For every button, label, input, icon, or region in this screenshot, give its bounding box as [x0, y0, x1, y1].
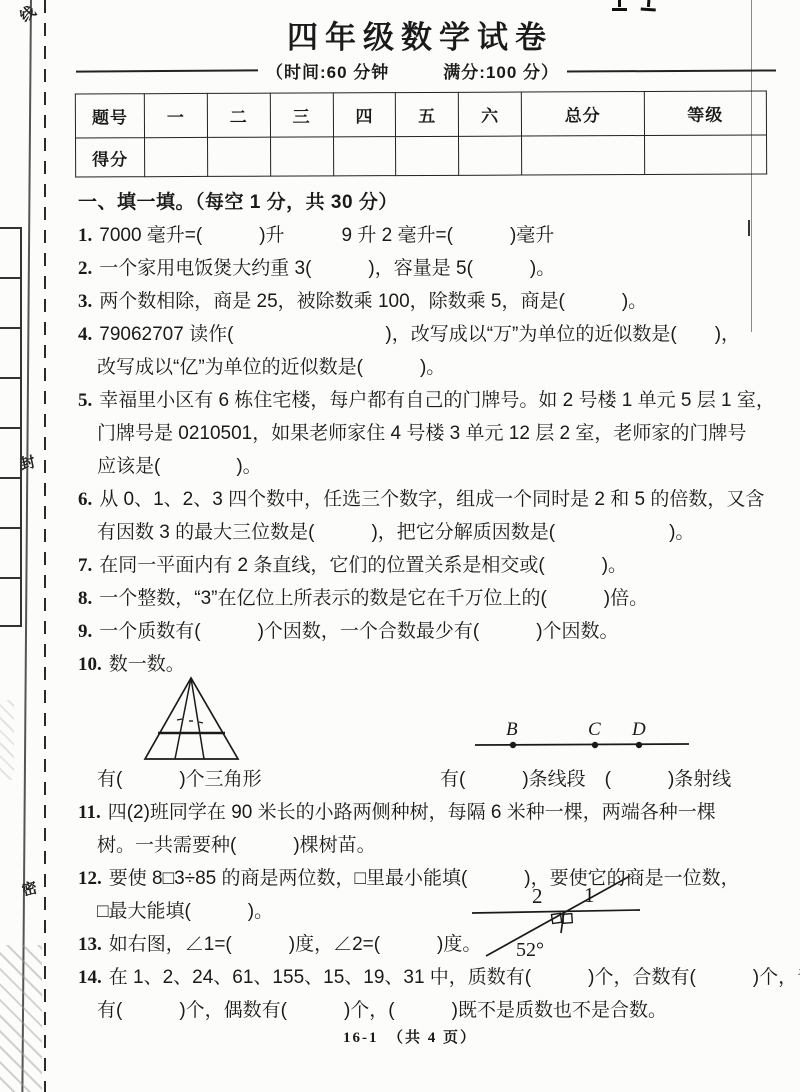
question-5: 5.幸福里小区有 6 栋住宅楼，每户都有自己的门牌号。如 2 号楼 1 单元 5…: [78, 384, 768, 417]
triangle-answer-blank: 有( )个三角形: [97, 769, 262, 790]
score-table-cell: 二: [207, 93, 270, 137]
score-table-cell: 五: [396, 92, 459, 136]
scan-artifact: [0, 945, 42, 1092]
question-text: 数一数。: [109, 654, 185, 675]
question-number: 11.: [78, 802, 101, 823]
score-table-cell: 总分: [521, 92, 644, 137]
question-9: 9.一个质数有( )个因数，一个合数最少有( )个因数。: [78, 615, 768, 648]
question-number: 10.: [78, 654, 102, 675]
question-number: 4.: [78, 324, 92, 345]
question-13: 13.如右图，∠1=( )度，∠2=( )度。: [78, 928, 768, 961]
question-6: 6.从 0、1、2、3 四个数中，任选三个数字，组成一个同时是 2 和 5 的倍…: [78, 483, 768, 516]
question-10-figures: B C D: [78, 681, 768, 763]
question-number: 1.: [78, 225, 92, 246]
question-5-line-2: 门牌号是 0210501，如果老师家住 4 号楼 3 单元 12 层 2 室，老…: [78, 417, 768, 450]
score-table-header-row: 题号 一 二 三 四 五 六 总分 等级: [75, 91, 766, 138]
score-table-cell: 四: [333, 93, 396, 137]
score-input-cell: [270, 137, 333, 176]
section-heading: 一、填一填。（每空 1 分，共 30 分）: [78, 186, 768, 219]
question-text: 79062707 读作( )，改写成以“万”为单位的近似数是( )，: [99, 324, 740, 345]
question-7: 7.在同一平面内有 2 条直线，它们的位置关系是相交或( )。: [78, 549, 768, 582]
score-input-cell: [644, 135, 767, 175]
triangle-figure: [133, 675, 251, 763]
question-number: 7.: [78, 555, 92, 576]
question-text: 如右图，∠1=( )度，∠2=( )度。: [109, 934, 482, 955]
score-input-cell: [396, 136, 459, 175]
score-table-cell: 题号: [75, 94, 144, 138]
segment-figure: B C D: [473, 695, 693, 757]
point-label-b: B: [506, 719, 518, 740]
question-text: 四(2)班同学在 90 米长的小路两侧种树，每隔 6 米种一棵，两端各种一棵: [108, 802, 716, 823]
question-list: 一、填一填。（每空 1 分，共 30 分） 1.7000 毫升=( )升 9 升…: [78, 186, 768, 1027]
question-11-line-2: 树。一共需要种( )棵树苗。: [78, 829, 768, 862]
question-text: 在同一平面内有 2 条直线，它们的位置关系是相交或( )。: [99, 555, 627, 576]
page-title: 四年级数学试卷: [0, 12, 800, 57]
question-number: 3.: [78, 291, 92, 312]
question-text: 一个家用电饭煲大约重 3( )，容量是 5( )。: [99, 258, 555, 279]
question-number: 13.: [78, 934, 102, 955]
score-table-cell: 等级: [644, 91, 767, 136]
question-text: 两个数相除，商是 25，被除数乘 100，除数乘 5，商是( )。: [99, 291, 647, 312]
score-table-cell: 一: [144, 93, 207, 137]
subtitle-row: （时间:60 分钟 满分:100 分）: [76, 58, 776, 83]
question-12: 12.要使 8□3÷85 的商是两位数，□里最小能填( )，要使它的商是一位数，: [78, 862, 768, 895]
question-number: 6.: [78, 489, 92, 510]
subtitle-rule-right: [567, 69, 776, 72]
seal-solid-line: [21, 0, 32, 1092]
point-label-d: D: [631, 719, 646, 740]
angle-52-label: 52°: [516, 939, 544, 961]
score-input-cell: [333, 137, 396, 176]
question-4-line-2: 改写成以“亿”为单位的近似数是( )。: [78, 351, 768, 384]
score-input-cell: [145, 137, 208, 176]
question-14: 14.在 1、2、24、61、155、15、19、31 中，质数有( )个，合数…: [78, 961, 768, 994]
question-text: 7000 毫升=( )升 9 升 2 毫升=( )毫升: [99, 225, 554, 246]
angle-1-label: 1: [584, 883, 595, 907]
question-text: 在 1、2、24、61、155、15、19、31 中，质数有( )个，合数有( …: [109, 967, 800, 988]
question-number: 5.: [78, 390, 92, 411]
exam-page: 线 封 密 四年级数学试卷 （时间:60 分钟 满分:100 分） 题号 一 二…: [0, 0, 800, 1092]
question-number: 9.: [78, 621, 92, 642]
page-footer: 16-1 （共 4 页）: [0, 1026, 800, 1047]
question-12-line-2: □最大能填( )。: [78, 895, 768, 928]
score-label-cell: 得分: [76, 138, 145, 177]
score-input-cell: [207, 137, 270, 176]
question-text: 幸福里小区有 6 栋住宅楼，每户都有自己的门牌号。如 2 号楼 1 单元 5 层…: [99, 390, 775, 411]
question-3: 3.两个数相除，商是 25，被除数乘 100，除数乘 5，商是( )。: [78, 285, 768, 318]
score-input-cell: [459, 136, 522, 175]
question-number: 14.: [78, 967, 102, 988]
question-8: 8.一个整数，“3”在亿位上所表示的数是它在千万位上的( )倍。: [78, 582, 768, 615]
question-14-line-2: 有( )个，偶数有( )个，( )既不是质数也不是合数。: [78, 994, 768, 1027]
score-table-score-row: 得分: [76, 135, 767, 177]
question-4: 4.79062707 读作( )，改写成以“万”为单位的近似数是( )，: [78, 318, 768, 351]
point-label-c: C: [588, 719, 601, 740]
question-number: 12.: [78, 868, 102, 889]
question-1: 1.7000 毫升=( )升 9 升 2 毫升=( )毫升: [78, 219, 768, 252]
question-number: 8.: [78, 588, 92, 609]
question-text: 从 0、1、2、3 四个数中，任选三个数字，组成一个同时是 2 和 5 的倍数，…: [99, 489, 764, 510]
seal-dashed-line: [44, 0, 46, 1092]
question-5-line-3: 应该是( )。: [78, 450, 768, 483]
angle-2-label: 2: [532, 884, 543, 908]
score-table-cell: 三: [270, 93, 333, 137]
subtitle-rule-left: [76, 69, 258, 72]
question-text: 一个质数有( )个因数，一个合数最少有( )个因数。: [99, 621, 618, 642]
scan-artifact: [641, 0, 657, 12]
scan-artifact: [612, 0, 627, 11]
scan-artifact: [0, 700, 14, 780]
angle-figure: 2 1 52°: [468, 870, 648, 964]
binding-info-boxes: [0, 227, 22, 627]
score-table-cell: 六: [459, 92, 522, 136]
score-table: 题号 一 二 三 四 五 六 总分 等级 得分: [75, 90, 767, 177]
question-6-line-2: 有因数 3 的最大三位数是( )，把它分解质因数是( )。: [78, 516, 768, 549]
question-text: 一个整数，“3”在亿位上所表示的数是它在千万位上的( )倍。: [99, 588, 648, 609]
question-2: 2.一个家用电饭煲大约重 3( )，容量是 5( )。: [78, 252, 768, 285]
question-11: 11.四(2)班同学在 90 米长的小路两侧种树，每隔 6 米种一棵，两端各种一…: [78, 796, 768, 829]
question-number: 2.: [78, 258, 92, 279]
segment-answer-blank: 有( )条线段 ( )条射线: [440, 763, 731, 796]
score-input-cell: [522, 136, 645, 176]
question-10-answers: 有( )个三角形 有( )条线段 ( )条射线: [78, 763, 768, 796]
exam-time-score: （时间:60 分钟 满分:100 分）: [258, 58, 567, 83]
